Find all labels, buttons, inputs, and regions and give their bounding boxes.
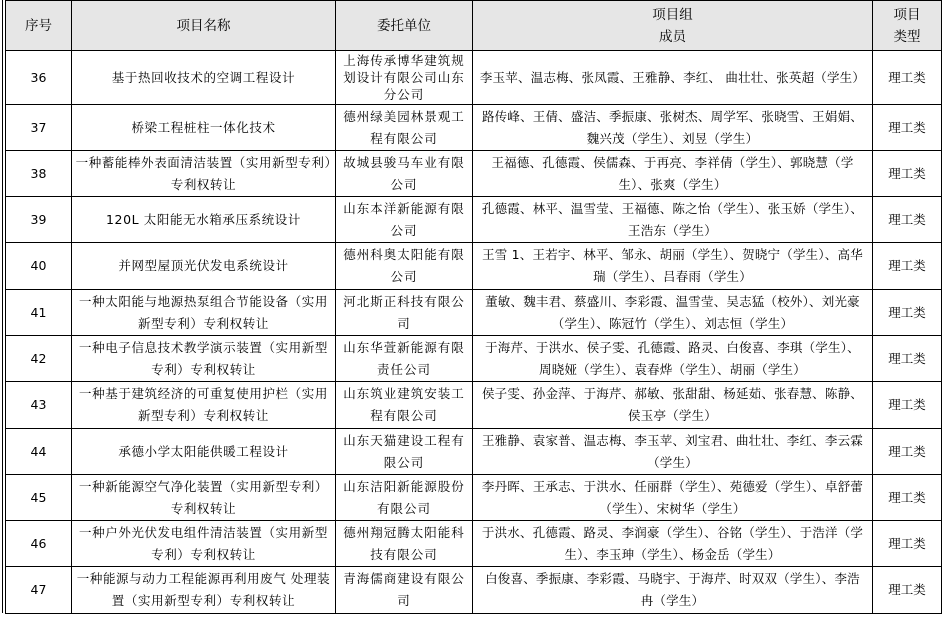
row-members: 董敏、魏丰君、蔡盛川、李彩霞、温雪莹、吴志猛（校外）、刘光豪（学生）、陈冠竹（学… (473, 290, 873, 336)
row-client: 山东华萱新能源有限责任公司 (336, 336, 473, 382)
row-project-name: 基于热回收技术的空调工程设计 (72, 51, 336, 105)
row-type: 理工类 (873, 336, 942, 382)
row-members: 王雪 1、王若宇、林平、邹永、胡丽（学生）、贺晓宁（学生）、高华瑞（学生）、吕春… (473, 243, 873, 290)
row-project-name: 一种基于建筑经济的可重复使用护栏（实用新型专利）专利权转让 (72, 382, 336, 429)
row-project-name: 一种新能源空气净化装置（实用新型专利）专利权转让 (72, 475, 336, 521)
row-index: 36 (6, 51, 72, 105)
row-index: 45 (6, 475, 72, 521)
row-type: 理工类 (873, 521, 942, 567)
row-client: 德州翔冠腾太阳能科技有限公司 (336, 521, 473, 567)
row-project-name: 一种蓄能棒外表面清洁装置（实用新型专利）专利权转让 (72, 151, 336, 197)
row-client: 山东本洋新能源有限公司 (336, 197, 473, 243)
header-type: 项目 类型 (873, 1, 942, 51)
row-index: 39 (6, 197, 72, 243)
header-project-name: 项目名称 (72, 1, 336, 51)
table-row: 41一种太阳能与地源热泵组合节能设备（实用新型专利）专利权转让河北斯正科技有限公… (6, 290, 942, 336)
row-client: 山东筑业建筑安装工程有限公司 (336, 382, 473, 429)
table-row: 36基于热回收技术的空调工程设计上海传承博华建筑规划设计有限公司山东分公司李玉苹… (6, 51, 942, 105)
row-type: 理工类 (873, 197, 942, 243)
table-row: 46一种户外光伏发电组件清洁装置（实用新型专利）专利权转让德州翔冠腾太阳能科技有… (6, 521, 942, 567)
row-client: 青海儒商建设有限公司 (336, 567, 473, 614)
row-type: 理工类 (873, 105, 942, 151)
table-row: 44承德小学太阳能供暖工程设计山东天猫建设工程有限公司王雅静、袁家普、温志梅、李… (6, 429, 942, 475)
table-row: 47一种能源与动力工程能源再利用废气 处理装置（实用新型专利）专利权转让青海儒商… (6, 567, 942, 614)
row-client: 德州绿美园林景观工程有限公司 (336, 105, 473, 151)
row-project-name: 120L 太阳能无水箱承压系统设计 (72, 197, 336, 243)
row-index: 38 (6, 151, 72, 197)
row-members: 侯子雯、孙金萍、于海芹、郝敏、张甜甜、杨延茹、张春慧、陈静、侯玉亭（学生） (473, 382, 873, 429)
project-table: 序号 项目名称 委托单位 项目组 成员 项目 类型 36基于热回收技术的空调工程… (5, 0, 942, 614)
row-client: 河北斯正科技有限公司 (336, 290, 473, 336)
row-type: 理工类 (873, 475, 942, 521)
table-outer-border (2, 0, 3, 613)
row-members: 于海芹、于洪水、侯子雯、孔德霞、路灵、白俊喜、李琪（学生）、周晓娅（学生）、袁春… (473, 336, 873, 382)
row-type: 理工类 (873, 151, 942, 197)
table-row: 40并网型屋顶光伏发电系统设计德州科奥太阳能有限公司王雪 1、王若宇、林平、邹永… (6, 243, 942, 290)
row-members: 王福德、孔德霞、侯儒森、于再亮、李祥倩（学生）、郭晓慧（学生）、张爽（学生） (473, 151, 873, 197)
row-client: 上海传承博华建筑规划设计有限公司山东分公司 (336, 51, 473, 105)
row-index: 37 (6, 105, 72, 151)
row-project-name: 一种电子信息技术教学演示装置（实用新型专利）专利权转让 (72, 336, 336, 382)
row-members: 李玉苹、温志梅、张凤霞、王雅静、李红、 曲壮壮、张英超（学生） (473, 51, 873, 105)
row-members: 李丹晖、王承志、于洪水、任丽群（学生）、苑德爱（学生）、卓舒蕾（学生）、宋树华（… (473, 475, 873, 521)
table-header-row: 序号 项目名称 委托单位 项目组 成员 项目 类型 (6, 1, 942, 51)
header-members: 项目组 成员 (473, 1, 873, 51)
row-client: 故城县骏马车业有限公司 (336, 151, 473, 197)
row-client: 山东天猫建设工程有限公司 (336, 429, 473, 475)
row-client: 山东洁阳新能源股份有限公司 (336, 475, 473, 521)
table-row: 37桥梁工程桩柱一体化技术德州绿美园林景观工程有限公司路传峰、王倩、盛洁、季振康… (6, 105, 942, 151)
row-project-name: 一种能源与动力工程能源再利用废气 处理装置（实用新型专利）专利权转让 (72, 567, 336, 614)
table-row: 42一种电子信息技术教学演示装置（实用新型专利）专利权转让山东华萱新能源有限责任… (6, 336, 942, 382)
row-index: 44 (6, 429, 72, 475)
row-type: 理工类 (873, 51, 942, 105)
row-project-name: 一种户外光伏发电组件清洁装置（实用新型专利）专利权转让 (72, 521, 336, 567)
table-row: 38一种蓄能棒外表面清洁装置（实用新型专利）专利权转让故城县骏马车业有限公司王福… (6, 151, 942, 197)
table-row: 45一种新能源空气净化装置（实用新型专利）专利权转让山东洁阳新能源股份有限公司李… (6, 475, 942, 521)
row-members: 于洪水、孔德霞、路灵、李润豪（学生）、谷铭（学生）、于浩洋（学生）、李玉珅（学生… (473, 521, 873, 567)
table-row: 39120L 太阳能无水箱承压系统设计山东本洋新能源有限公司孔德霞、林平、温雪莹… (6, 197, 942, 243)
row-index: 47 (6, 567, 72, 614)
row-members: 王雅静、袁家普、温志梅、李玉苹、刘宝君、曲壮壮、李红、李云霖（学生） (473, 429, 873, 475)
row-project-name: 桥梁工程桩柱一体化技术 (72, 105, 336, 151)
row-type: 理工类 (873, 429, 942, 475)
row-index: 42 (6, 336, 72, 382)
row-members: 孔德霞、林平、温雪莹、王福德、陈之怡（学生）、张玉娇（学生）、王浩东（学生） (473, 197, 873, 243)
row-members: 白俊喜、季振康、李彩霞、马晓宇、于海芹、时双双（学生）、李浩冉（学生） (473, 567, 873, 614)
row-type: 理工类 (873, 382, 942, 429)
row-project-name: 一种太阳能与地源热泵组合节能设备（实用新型专利）专利权转让 (72, 290, 336, 336)
row-index: 40 (6, 243, 72, 290)
table-row: 43一种基于建筑经济的可重复使用护栏（实用新型专利）专利权转让山东筑业建筑安装工… (6, 382, 942, 429)
row-type: 理工类 (873, 567, 942, 614)
row-client: 德州科奥太阳能有限公司 (336, 243, 473, 290)
row-members: 路传峰、王倩、盛洁、季振康、张树杰、周学军、张晓雪、王娟娟、魏兴茂（学生）、刘昱… (473, 105, 873, 151)
row-index: 41 (6, 290, 72, 336)
row-type: 理工类 (873, 243, 942, 290)
header-index: 序号 (6, 1, 72, 51)
row-type: 理工类 (873, 290, 942, 336)
row-index: 43 (6, 382, 72, 429)
row-project-name: 并网型屋顶光伏发电系统设计 (72, 243, 336, 290)
row-project-name: 承德小学太阳能供暖工程设计 (72, 429, 336, 475)
row-index: 46 (6, 521, 72, 567)
header-client: 委托单位 (336, 1, 473, 51)
